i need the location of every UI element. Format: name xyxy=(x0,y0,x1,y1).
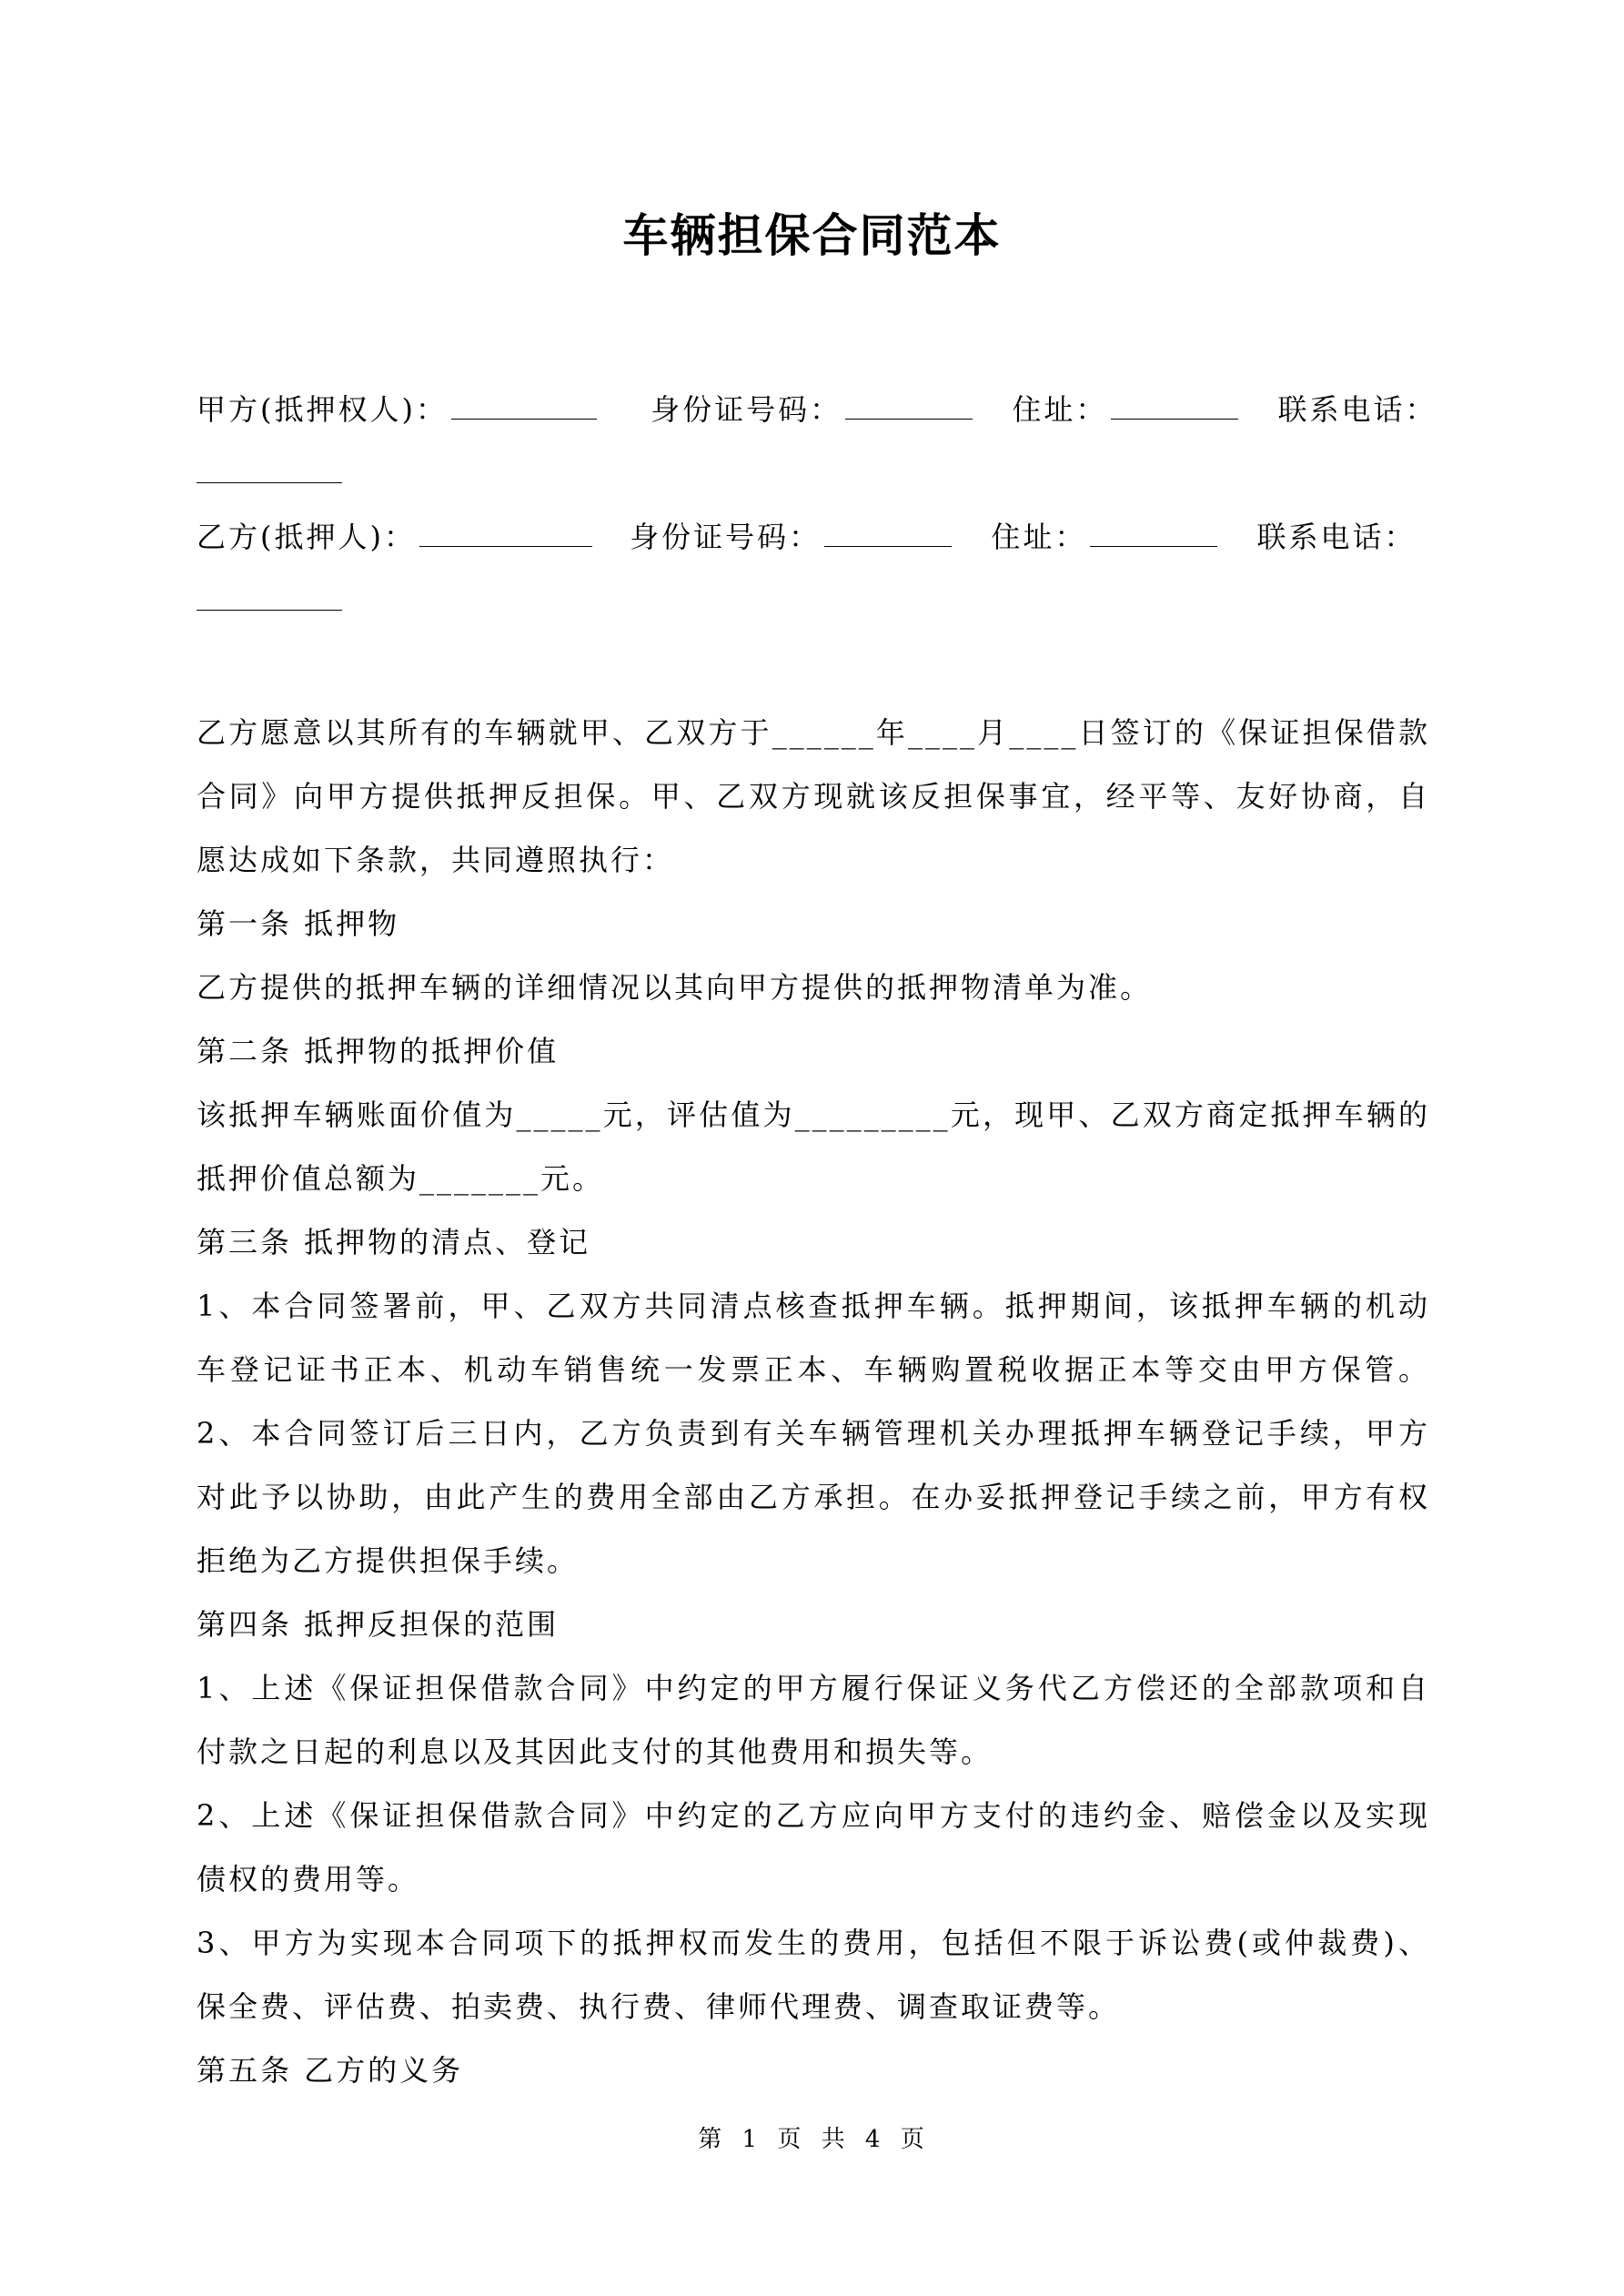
party-b-name-blank xyxy=(419,519,592,547)
article-4-item-1-line-2: 付款之日起的利息以及其因此支付的其他费用和损失等。 xyxy=(197,1732,1430,1772)
article-4-item-3-line-2: 保全费、评估费、拍卖费、执行费、律师代理费、调查取证费等。 xyxy=(197,1987,1430,2027)
party-a-id-blank xyxy=(845,391,973,420)
article-4-item-2-line-2: 债权的费用等。 xyxy=(197,1859,1430,1899)
party-a-address-blank xyxy=(1111,391,1238,420)
article-1-text: 乙方提供的抵押车辆的详细情况以其向甲方提供的抵押物清单为准。 xyxy=(197,967,1430,1007)
article-3-item-2-line-1: 2、本合同签订后三日内，乙方负责到有关车辆管理机关办理抵押车辆登记手续，甲方 xyxy=(197,1413,1430,1453)
party-b-address-label: 住址： xyxy=(991,520,1086,554)
article-1-heading: 第一条 抵押物 xyxy=(197,904,1430,944)
party-b-id-blank xyxy=(824,519,952,547)
article-3-item-2-line-3: 拒绝为乙方提供担保手续。 xyxy=(197,1541,1430,1581)
intro-line-1: 乙方愿意以其所有的车辆就甲、乙双方于______年____月____日签订的《保… xyxy=(197,713,1430,753)
article-4-heading: 第四条 抵押反担保的范围 xyxy=(197,1604,1430,1644)
document-page: 车辆担保合同范本 甲方(抵押权人)： 身份证号码： 住址： 联系电话： 乙方(抵… xyxy=(0,0,1624,2296)
party-b-phone-line xyxy=(197,581,1430,621)
party-a-label: 甲方(抵押权人)： xyxy=(197,392,448,427)
article-5-heading: 第五条 乙方的义务 xyxy=(197,2050,1430,2090)
article-4-item-2-line-1: 2、上述《保证担保借款合同》中约定的乙方应向甲方支付的违约金、赔偿金以及实现 xyxy=(197,1795,1430,1836)
intro-line-2: 合同》向甲方提供抵押反担保。甲、乙双方现就该反担保事宜，经平等、友好协商，自 xyxy=(197,776,1430,816)
article-2-text-2: 抵押价值总额为_______元。 xyxy=(197,1158,1430,1199)
party-b-label: 乙方(抵押人)： xyxy=(197,520,416,554)
party-a-name-blank xyxy=(451,391,597,420)
document-title: 车辆担保合同范本 xyxy=(0,206,1624,266)
party-b-id-label: 身份证号码： xyxy=(630,520,821,554)
article-3-heading: 第三条 抵押物的清点、登记 xyxy=(197,1222,1430,1262)
party-a-id-label: 身份证号码： xyxy=(651,392,842,427)
intro-line-3: 愿达成如下条款，共同遵照执行： xyxy=(197,840,1430,880)
party-a-phone-blank xyxy=(197,455,342,483)
article-3-item-1-line-2: 车登记证书正本、机动车销售统一发票正本、车辆购置税收据正本等交由甲方保管。 xyxy=(197,1350,1430,1390)
party-a-phone-label: 联系电话： xyxy=(1278,392,1437,427)
party-a-address-label: 住址： xyxy=(1012,392,1107,427)
page-number: 第 1 页 共 4 页 xyxy=(0,2124,1624,2155)
article-3-item-1-line-1: 1、本合同签署前，甲、乙双方共同清点核查抵押车辆。抵押期间，该抵押车辆的机动 xyxy=(197,1286,1430,1326)
article-2-text-1: 该抵押车辆账面价值为_____元，评估值为_________元，现甲、乙双方商定… xyxy=(197,1095,1430,1135)
article-2-heading: 第二条 抵押物的抵押价值 xyxy=(197,1031,1430,1071)
article-3-item-2-line-2: 对此予以协助，由此产生的费用全部由乙方承担。在办妥抵押登记手续之前，甲方有权 xyxy=(197,1477,1430,1517)
party-b-phone-blank xyxy=(197,582,342,611)
article-4-item-3-line-1: 3、甲方为实现本合同项下的抵押权而发生的费用，包括但不限于诉讼费(或仲裁费)、 xyxy=(197,1923,1430,1963)
party-b-address-blank xyxy=(1090,519,1217,547)
party-a-line: 甲方(抵押权人)： 身份证号码： 住址： 联系电话： xyxy=(197,389,1430,430)
party-b-line: 乙方(抵押人)： 身份证号码： 住址： 联系电话： xyxy=(197,517,1430,557)
article-4-item-1-line-1: 1、上述《保证担保借款合同》中约定的甲方履行保证义务代乙方偿还的全部款项和自 xyxy=(197,1668,1430,1708)
party-b-phone-label: 联系电话： xyxy=(1257,520,1417,554)
party-a-phone-line xyxy=(197,453,1430,493)
